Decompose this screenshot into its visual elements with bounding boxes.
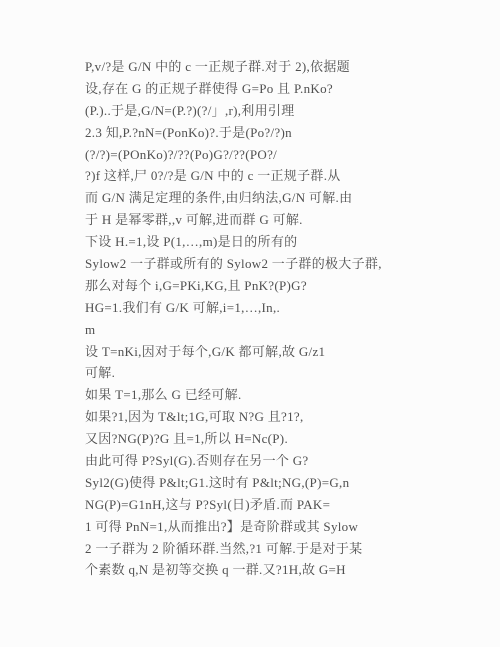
text-line-18: 又因?NG(P)?G 且=1,所以 H=Nc(P). — [85, 428, 435, 450]
text-line-8: 于 H 是幂零群,,v 可解,进而群 G 可解. — [85, 209, 435, 231]
text-line-3: (P.)..于是,G/N=(P.?)(?/」,r),利用引理 — [85, 100, 435, 122]
text-line-21: NG(P)=G1nH,这与 P?Syl(日)矛盾.而 PAK= — [85, 494, 435, 516]
text-line-2: 设,存在 G 的正规子群使得 G=Po 且 P.nKo? — [85, 78, 435, 100]
text-block: P,v/?是 G/N 中的 c 一正规子群.对于 2),依据题 设,存在 G 的… — [85, 56, 435, 581]
text-line-4: 2.3 知,P.?nN=(PonKo)?.于是(Po?/?)n — [85, 122, 435, 144]
text-line-11: 那么对每个 i,G=PKi,KG,且 PnK?(P)G? — [85, 275, 435, 297]
text-line-12: HG=1.我们有 G/K 可解,i=1,…,In,. — [85, 297, 435, 319]
text-line-20: Syl2(G)使得 P&lt;G1.这时有 P&lt;NG,(P)=G,n — [85, 472, 435, 494]
text-line-13: m — [85, 319, 435, 341]
text-line-16: 如果 T=1,那么 G 已经可解. — [85, 384, 435, 406]
text-line-24: 个素数 q,N 是初等交换 q 一群.又?1H,故 G=H — [85, 559, 435, 581]
text-line-9: 下设 H.=1,设 P(1,…,m)是日的所有的 — [85, 231, 435, 253]
document-page: P,v/?是 G/N 中的 c 一正规子群.对于 2),依据题 设,存在 G 的… — [0, 0, 500, 647]
text-line-14: 设 T=nKi,因对于每个,G/K 都可解,故 G/z1 — [85, 341, 435, 363]
text-line-15: 可解. — [85, 362, 435, 384]
text-line-19: 由此可得 P?Syl(G).否则存在另一个 G? — [85, 450, 435, 472]
text-line-23: 2 一子群为 2 阶循环群.当然,?1 可解.于是对于某 — [85, 538, 435, 560]
text-line-17: 如果?1,因为 T&lt;1G,可取 N?G 且?1?, — [85, 406, 435, 428]
text-line-5: (?/?)=(POnKo)?/??(Po)G?/??(PO?/ — [85, 144, 435, 166]
text-line-22: 1 可得 PnN=1,从而推出?】是奇阶群或其 Sylow — [85, 516, 435, 538]
text-line-7: 而 G/N 满足定理的条件,由归纳法,G/N 可解.由 — [85, 187, 435, 209]
text-line-6: ?)f 这样,尸 0?/?是 G/N 中的 c 一正规子群.从 — [85, 165, 435, 187]
text-line-10: Sylow2 一子群或所有的 Sylow2 一子群的极大子群, — [85, 253, 435, 275]
text-line-1: P,v/?是 G/N 中的 c 一正规子群.对于 2),依据题 — [85, 56, 435, 78]
